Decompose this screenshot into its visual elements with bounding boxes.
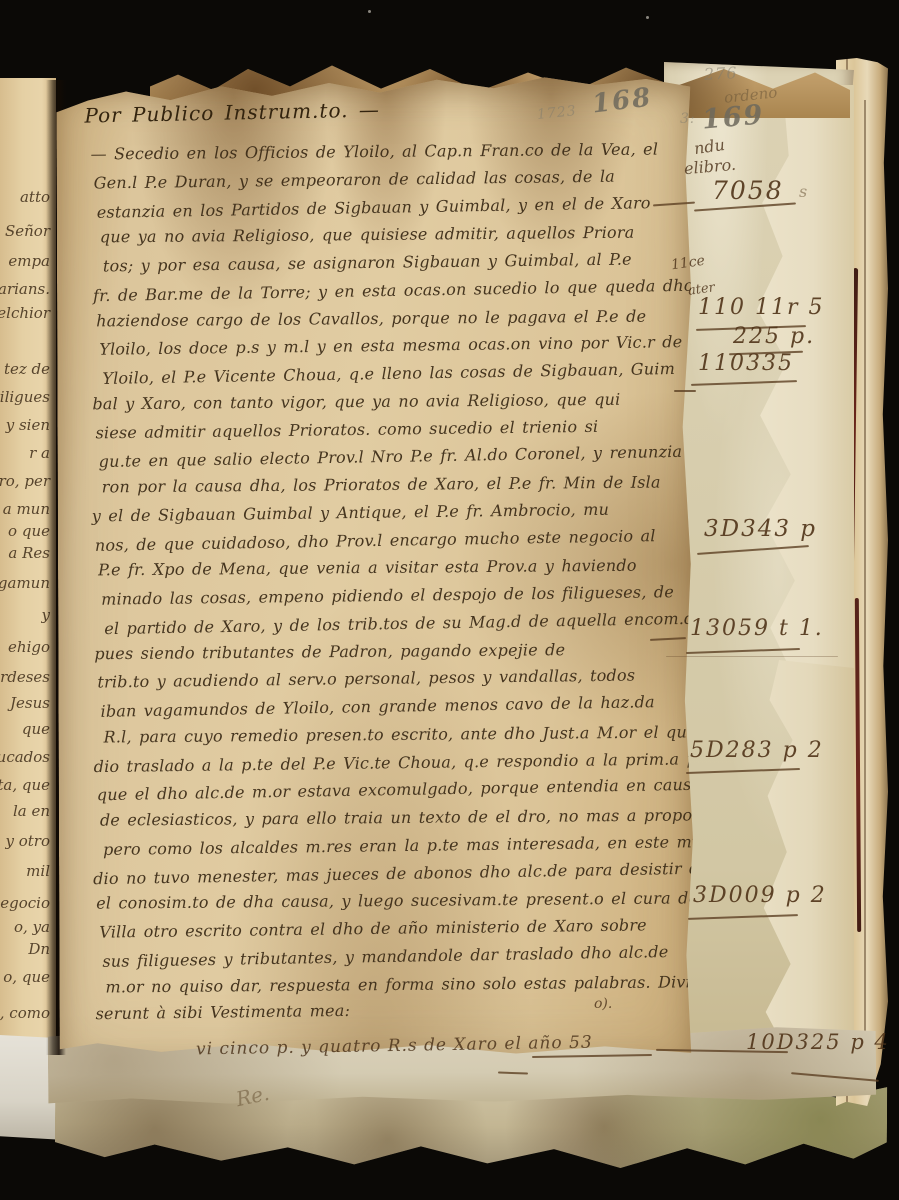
left-page-line-fragment: empa (8, 254, 50, 269)
left-page-line-fragment: Señor (5, 224, 50, 239)
left-page-line-fragment: a mun (3, 502, 50, 517)
left-page-line-fragment: ehigo (8, 640, 50, 655)
text-line: trib.to y acudiendo al serv.o personal, … (97, 666, 635, 692)
text-line: haziendose cargo de los Cavallos, porque… (96, 306, 646, 330)
text-line: que ya no avia Religioso, que quisiese a… (100, 223, 635, 247)
left-page-line-fragment: o que (8, 524, 50, 539)
text-line: tos; y por esa causa, se asignaron Sigba… (103, 250, 632, 276)
left-page-line-fragment: Parians. (0, 282, 50, 297)
left-page-line-fragment: ta, que (0, 778, 50, 793)
text-line: Gen.l P.e Duran, y se empeoraron de cali… (94, 166, 616, 192)
text-line: minado las cosas, empeno pidiendo el des… (101, 582, 674, 608)
main-page: Por Publico Instrum.to. — — Secedio en l… (56, 75, 693, 1055)
left-page-line-fragment: ducados (0, 750, 50, 765)
text-line: que el dho alc.de m.or estava excomulgad… (97, 775, 710, 805)
text-line: el partido de Xaro, y de los trib.tos de… (104, 608, 704, 637)
text-line: siese admitir aquellos Prioratos. como s… (95, 416, 598, 442)
text-line: dio traslado a la p.te del P.e Vic.te Ch… (94, 748, 759, 776)
text-line: pero como los alcaldes m.res eran la p.t… (103, 831, 731, 858)
text-line: dio no tuvo menester, mas jueces de abon… (93, 858, 709, 888)
page-header: Por Publico Instrum.to. — (84, 97, 380, 127)
text-line: Yloilo, el P.e Vicente Choua, q.e lleno … (102, 359, 675, 388)
text-line: ron por la causa dha, los Prioratos de X… (102, 473, 661, 497)
left-page-line-fragment: ro, per (0, 474, 50, 489)
left-page-line-fragment: tez de (4, 362, 50, 377)
left-page-line-fragment: la en (13, 804, 50, 819)
left-page-line-fragment: iligues (0, 390, 50, 405)
left-page-line-fragment: o, que (3, 970, 50, 985)
text-line: m.or no quiso dar, respuesta en forma si… (105, 972, 691, 996)
text-line: nos, de que cuidadoso, dho Prov.l encarg… (95, 526, 656, 555)
text-line: el conosim.to de dha causa, y luego suce… (96, 888, 721, 912)
left-page-line-fragment: o, como (0, 1006, 50, 1021)
text-line: P.e fr. Xpo de Mena, que venia a visitar… (98, 556, 637, 580)
text-line: sus filigueses y tributantes, y mandando… (102, 942, 668, 971)
manuscript-text-block: — Secedio en los Officios de Yloilo, al … (56, 75, 690, 77)
text-line: serunt à sibi Vestimenta mea: (95, 1001, 350, 1023)
text-line: bal y Xaro, con tanto vigor, que ya no a… (92, 390, 620, 414)
left-page-line-fragment: Jesus (10, 696, 50, 711)
left-page-line-fragment: negocio (0, 896, 50, 911)
left-page-line-fragment: gamun (0, 576, 50, 591)
text-line: Yloilo, los doce p.s y m.l y en esta mes… (99, 332, 682, 359)
text-line: Villa otro escrito contra el dho de año … (99, 915, 647, 941)
manuscript-photo: attoSeñorempaParians.Melchiortez deiligu… (0, 0, 899, 1200)
text-line: fr. de Bar.me de la Torre; y en esta oca… (93, 275, 694, 304)
text-line: estanzia en los Partidos de Sigbauan y G… (97, 193, 651, 222)
left-page-line-fragment: a Res (8, 546, 50, 561)
text-line: R.l, para cuyo remedio presen.to escrito… (104, 722, 703, 746)
dust-speck (368, 10, 371, 13)
text-line: de eclesiasticos, y para ello traia un t… (100, 805, 728, 829)
left-page-line-fragment: ordeses (0, 670, 50, 685)
text-line: pues siendo tributantes de Padron, pagan… (94, 640, 565, 663)
text-line: gu.te en que salio electo Prov.l Nro P.e… (99, 442, 683, 471)
left-page-line-fragment: Melchior (0, 306, 50, 321)
left-page-line-fragment: y otro (5, 834, 50, 849)
left-page-line-fragment: y sien (6, 418, 50, 433)
text-line: iban vagamundos de Yloilo, con grande me… (100, 692, 655, 721)
page-edge-seam (864, 100, 866, 1064)
left-page-line-fragment: o, ya (14, 920, 50, 935)
dust-speck (646, 16, 649, 19)
text-line: y el de Sigbauan Guimbal y Antique, el P… (92, 499, 609, 525)
text-line: — Secedio en los Officios de Yloilo, al … (90, 140, 658, 164)
